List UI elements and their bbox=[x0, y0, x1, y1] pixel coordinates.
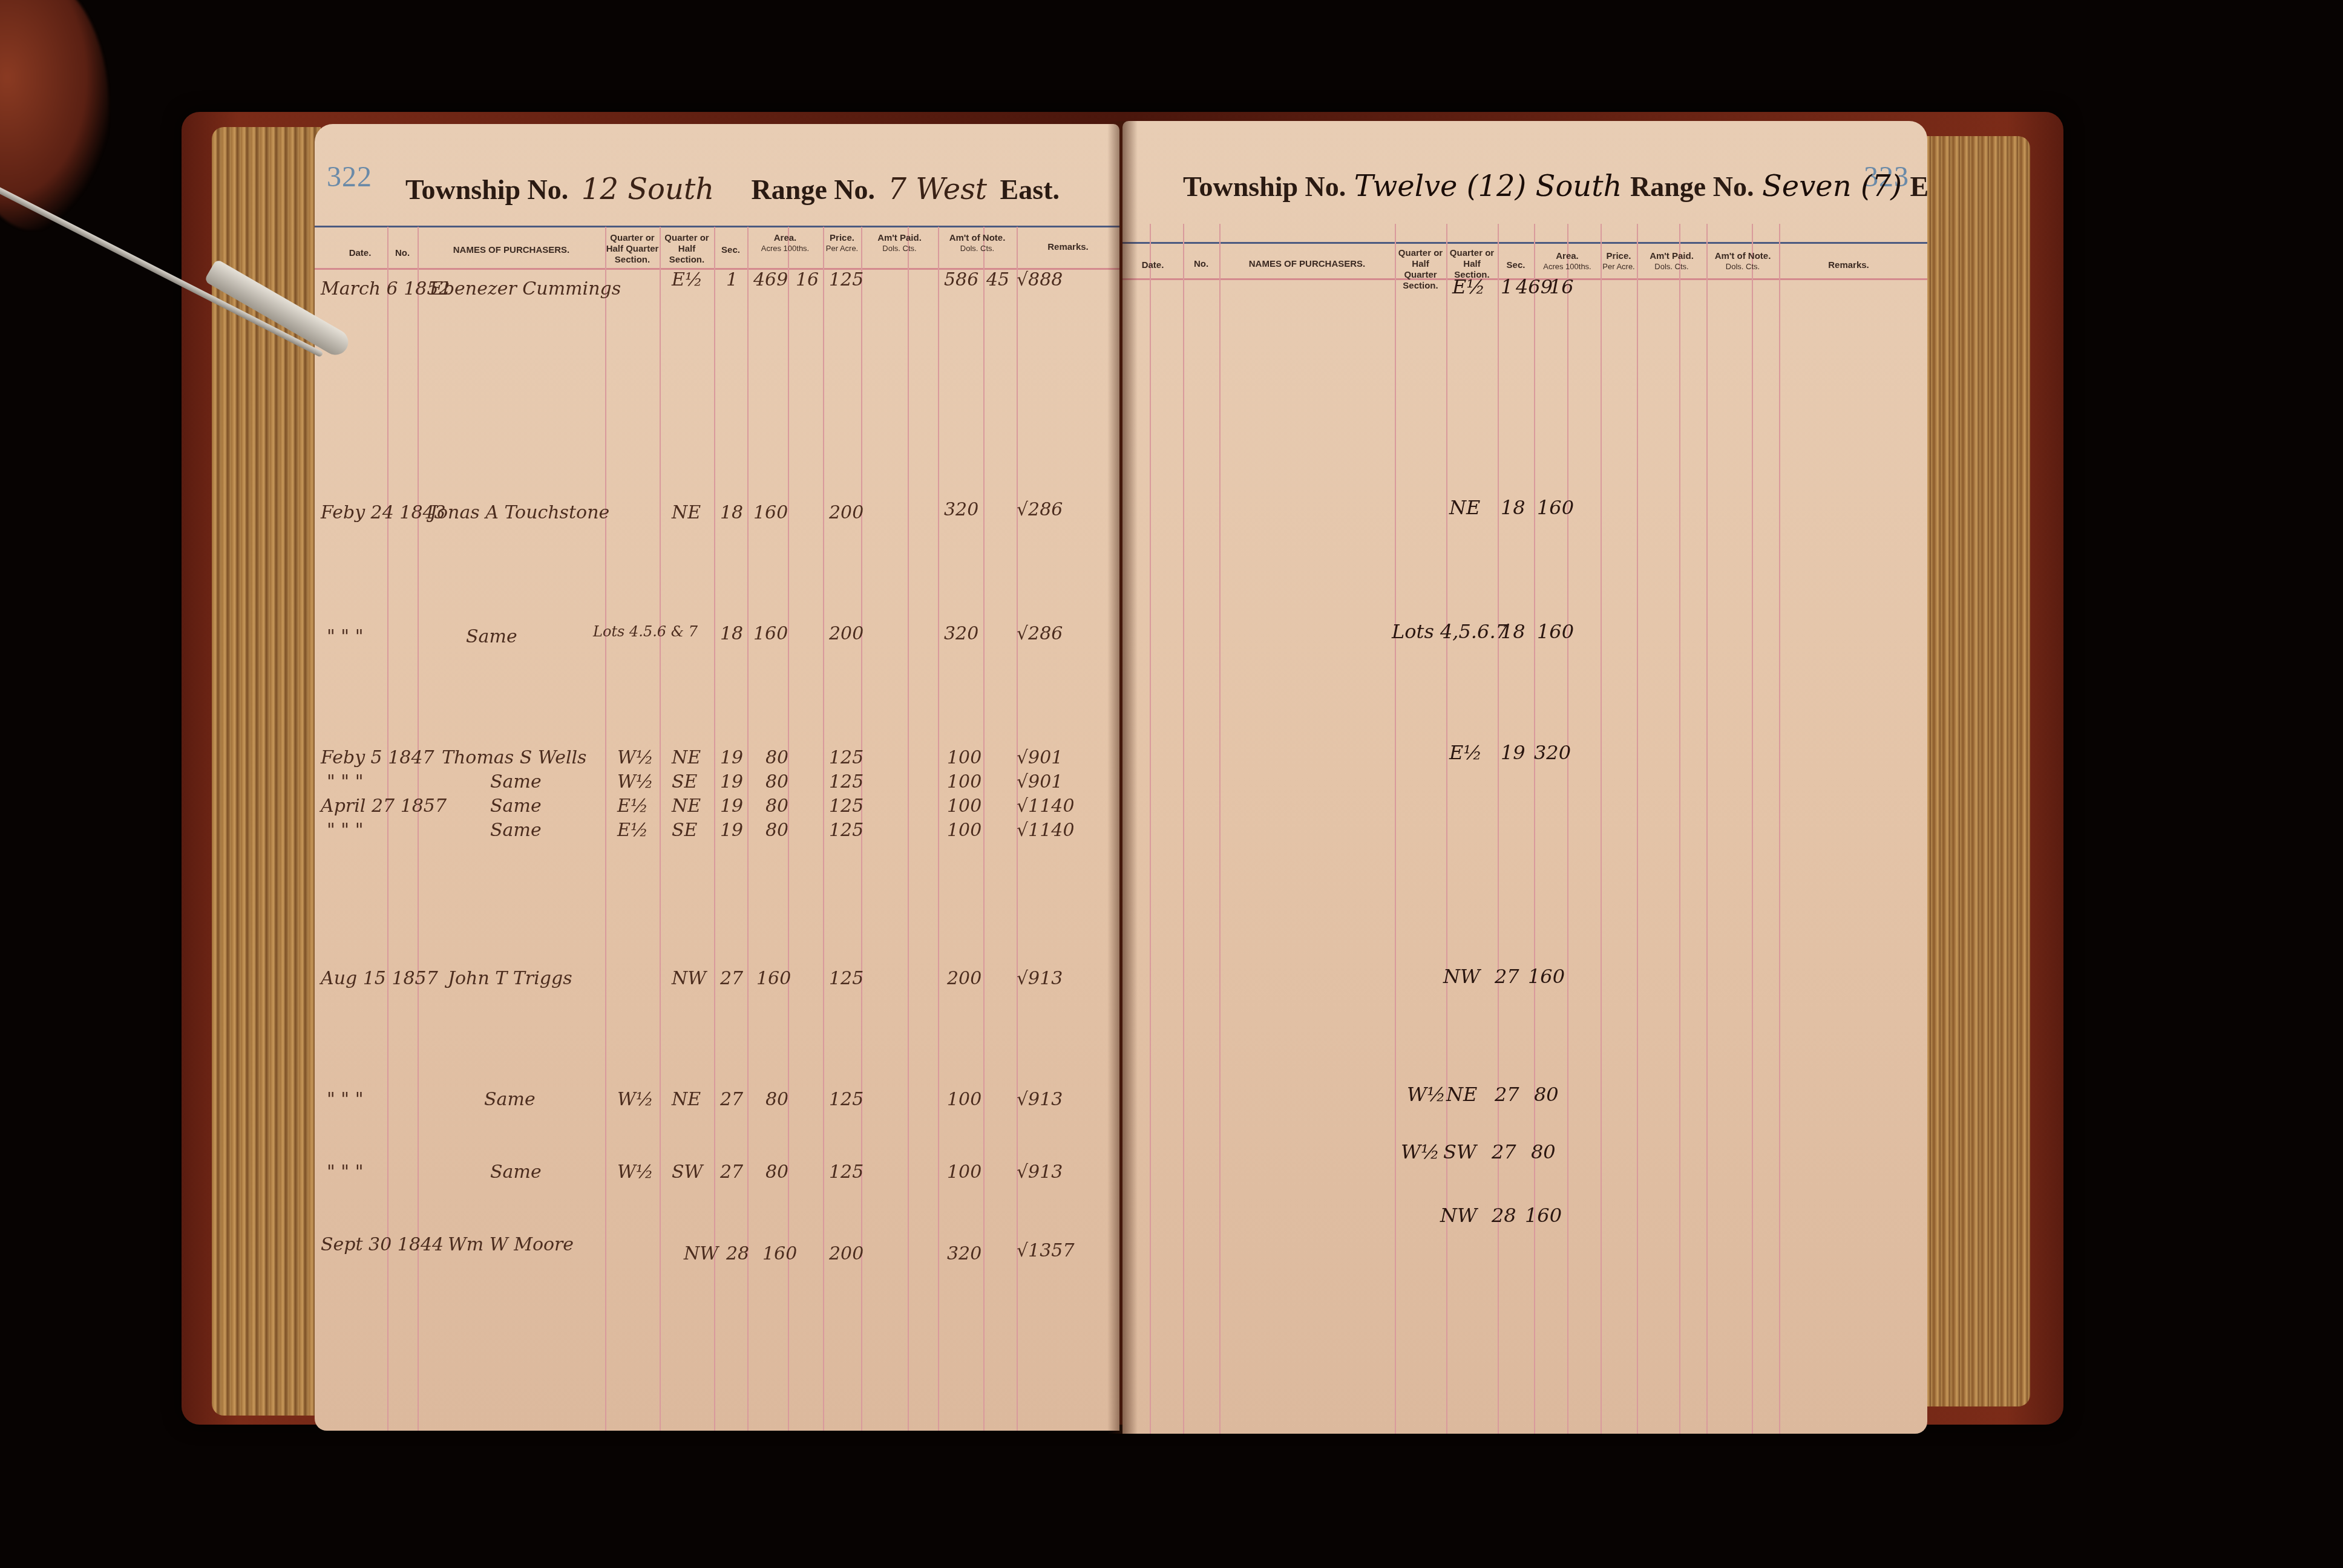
header-rule bbox=[315, 226, 1119, 227]
row-remarks: √913 bbox=[1017, 968, 1063, 989]
row-acres: 160 bbox=[753, 502, 788, 523]
price-label: Price. bbox=[1601, 251, 1637, 262]
row-qh: SW bbox=[672, 1161, 703, 1183]
header-rule bbox=[1122, 242, 1927, 244]
row-qh: E½ bbox=[1452, 275, 1485, 298]
col-header-qhq: Quarter or Half Quarter Section. bbox=[605, 233, 660, 266]
row-date: April 27 1857 bbox=[321, 795, 447, 817]
row-qhq: E½ bbox=[617, 795, 648, 817]
page-edges-right bbox=[1921, 136, 2030, 1406]
column-divider bbox=[1534, 224, 1535, 1434]
row-note-dols: 320 bbox=[947, 1243, 981, 1264]
col-header-qhq: Quarter or Half Quarter Section. bbox=[1395, 248, 1446, 292]
range-value: Seven (7) bbox=[1762, 169, 1902, 203]
row-acres: 160 bbox=[1537, 496, 1574, 519]
township-value: 12 South bbox=[582, 172, 714, 206]
row-sec: 28 bbox=[726, 1243, 749, 1264]
col-header-remarks: Remarks. bbox=[1017, 242, 1119, 253]
row-date: " " " bbox=[327, 1161, 363, 1183]
row-sec: 27 bbox=[720, 1089, 743, 1110]
col-header-sec: Sec. bbox=[1498, 260, 1534, 271]
row-remarks: √1140 bbox=[1017, 795, 1074, 817]
col-header-names: NAMES OF PURCHASERS. bbox=[1219, 259, 1395, 270]
row-price: 125 bbox=[829, 269, 863, 290]
column-divider bbox=[1183, 224, 1184, 1434]
column-divider bbox=[1601, 224, 1602, 1434]
row-qhq: W½ bbox=[617, 1089, 654, 1110]
row-note-cts: 45 bbox=[986, 269, 1009, 290]
row-date: " " " bbox=[327, 626, 363, 647]
row-acres: 160 bbox=[762, 1243, 797, 1264]
row-note-dols: 100 bbox=[947, 820, 981, 841]
row-remarks: √901 bbox=[1017, 771, 1063, 792]
row-price: 125 bbox=[829, 1089, 863, 1110]
row-qh: NW bbox=[1440, 1204, 1477, 1227]
col-header-sec: Sec. bbox=[714, 245, 747, 256]
column-divider bbox=[908, 227, 909, 1431]
row-date: Feby 24 1843 bbox=[321, 502, 446, 523]
row-sec: 19 bbox=[720, 747, 743, 768]
column-divider bbox=[1679, 224, 1680, 1434]
column-divider bbox=[983, 227, 985, 1431]
row-acres: 80 bbox=[765, 795, 788, 817]
row-qh: NE bbox=[1446, 1083, 1477, 1106]
row-acres: 160 bbox=[1537, 620, 1574, 643]
area-sub: Acres 100ths. bbox=[747, 244, 823, 253]
paid-label: Am't Paid. bbox=[861, 233, 938, 244]
row-qh: NE bbox=[672, 795, 701, 817]
row-remarks: √901 bbox=[1017, 747, 1063, 768]
page-number: 322 bbox=[327, 160, 372, 194]
column-divider bbox=[1706, 224, 1708, 1434]
row-sec: 27 bbox=[1495, 965, 1519, 988]
row-note-dols: 100 bbox=[947, 1161, 981, 1183]
row-qh: E½ bbox=[672, 269, 703, 290]
row-hundredths: 16 bbox=[1549, 275, 1574, 298]
row-qh: NW bbox=[672, 968, 706, 989]
row-price: 125 bbox=[829, 1161, 863, 1183]
row-acres: 80 bbox=[765, 1161, 788, 1183]
row-qh: SW bbox=[1443, 1140, 1476, 1163]
col-header-area: Area. Acres 100ths. bbox=[747, 233, 823, 253]
paid-sub: Dols. Cts. bbox=[861, 244, 938, 253]
page-header: Township No. 12 South Range No. 7 West E… bbox=[405, 172, 1060, 206]
row-sec: 28 bbox=[1492, 1204, 1516, 1227]
price-label: Price. bbox=[823, 233, 861, 244]
paid-sub: Dols. Cts. bbox=[1637, 262, 1706, 272]
row-name: Same bbox=[490, 820, 542, 841]
row-name: Same bbox=[490, 771, 542, 792]
row-qh: NE bbox=[672, 502, 701, 523]
row-acres: 320 bbox=[1534, 741, 1571, 764]
township-label: Township No. bbox=[1183, 171, 1346, 202]
row-qhq: Lots 4.5.6 & 7 bbox=[593, 623, 698, 640]
row-acres: 80 bbox=[1531, 1140, 1556, 1163]
note-sub: Dols. Cts. bbox=[938, 244, 1017, 253]
row-acres: 80 bbox=[765, 771, 788, 792]
price-sub: Per Acre. bbox=[823, 244, 861, 253]
row-price: 125 bbox=[829, 968, 863, 989]
range-label: Range No. bbox=[1630, 171, 1754, 202]
row-price: 125 bbox=[829, 771, 863, 792]
row-price: 200 bbox=[829, 623, 863, 644]
row-price: 125 bbox=[829, 820, 863, 841]
col-header-paid: Am't Paid. Dols. Cts. bbox=[1637, 251, 1706, 272]
row-date: " " " bbox=[327, 820, 363, 841]
row-note-dols: 100 bbox=[947, 1089, 981, 1110]
row-date: Feby 5 1847 bbox=[321, 747, 434, 768]
col-header-paid: Am't Paid. Dols. Cts. bbox=[861, 233, 938, 253]
row-sec: 1 bbox=[1501, 275, 1513, 298]
col-header-no: No. bbox=[1183, 259, 1219, 270]
row-acres: 160 bbox=[1528, 965, 1565, 988]
row-acres: 160 bbox=[753, 623, 788, 644]
row-remarks: √286 bbox=[1017, 623, 1063, 644]
col-header-area: Area. Acres 100ths. bbox=[1534, 251, 1601, 272]
column-divider bbox=[1446, 224, 1447, 1434]
column-divider bbox=[1637, 224, 1638, 1434]
row-name: Wm W Moore bbox=[448, 1234, 574, 1255]
note-label: Am't of Note. bbox=[1706, 251, 1779, 262]
column-divider bbox=[938, 227, 939, 1431]
row-name: Thomas S Wells bbox=[442, 747, 586, 768]
row-qhq: W½ bbox=[617, 747, 654, 768]
col-header-qh: Quarter or Half Section. bbox=[660, 233, 714, 266]
col-header-no: No. bbox=[387, 248, 418, 259]
row-qh: NE bbox=[672, 1089, 701, 1110]
row-qh: SE bbox=[672, 820, 697, 841]
row-remarks: √913 bbox=[1017, 1089, 1063, 1110]
row-price: 125 bbox=[829, 747, 863, 768]
row-sec: 19 bbox=[720, 795, 743, 817]
row-acres: 160 bbox=[1525, 1204, 1562, 1227]
price-sub: Per Acre. bbox=[1601, 262, 1637, 272]
row-remarks: √286 bbox=[1017, 499, 1063, 520]
row-acres: 160 bbox=[756, 968, 791, 989]
row-sec: 19 bbox=[720, 820, 743, 841]
range-label: Range No. bbox=[752, 174, 875, 205]
right-page: 323 Township No. Twelve (12) South Range… bbox=[1122, 121, 1927, 1434]
row-qhq: W½ bbox=[1401, 1140, 1440, 1163]
column-divider bbox=[1498, 224, 1499, 1434]
row-qhq: W½ bbox=[617, 771, 654, 792]
row-acres: 80 bbox=[1534, 1083, 1559, 1106]
row-sec: 18 bbox=[1501, 620, 1525, 643]
row-hundredths: 16 bbox=[796, 269, 819, 290]
area-label: Area. bbox=[747, 233, 823, 244]
row-name: John T Triggs bbox=[448, 968, 572, 989]
col-header-note: Am't of Note. Dols. Cts. bbox=[938, 233, 1017, 253]
row-qhq: W½ bbox=[617, 1161, 654, 1183]
row-acres: 469 bbox=[1516, 275, 1553, 298]
row-note-dols: 320 bbox=[944, 623, 978, 644]
area-sub: Acres 100ths. bbox=[1534, 262, 1601, 272]
row-note-dols: 100 bbox=[947, 771, 981, 792]
col-header-price: Price. Per Acre. bbox=[823, 233, 861, 253]
row-price: 200 bbox=[829, 1243, 863, 1264]
row-sec: 27 bbox=[1495, 1083, 1519, 1106]
row-qhq: E½ bbox=[617, 820, 648, 841]
row-remarks: √1357 bbox=[1017, 1240, 1074, 1261]
range-suffix: East. bbox=[1000, 174, 1060, 205]
row-name: Same bbox=[490, 795, 542, 817]
row-qh: NE bbox=[672, 747, 701, 768]
row-sec: 27 bbox=[1492, 1140, 1516, 1163]
row-date: " " " bbox=[327, 771, 363, 792]
row-sec: 18 bbox=[1501, 496, 1525, 519]
row-sec: 19 bbox=[720, 771, 743, 792]
row-qh: NE bbox=[1449, 496, 1480, 519]
row-qh: SE bbox=[672, 771, 697, 792]
note-sub: Dols. Cts. bbox=[1706, 262, 1779, 272]
row-sec: 27 bbox=[720, 968, 743, 989]
col-header-names: NAMES OF PURCHASERS. bbox=[418, 245, 605, 256]
row-name: Same bbox=[490, 1161, 542, 1183]
row-remarks: √913 bbox=[1017, 1161, 1063, 1183]
row-note-dols: 100 bbox=[947, 747, 981, 768]
row-name: Ebenezer Cummings bbox=[430, 278, 621, 299]
column-divider bbox=[823, 227, 824, 1431]
column-divider bbox=[1779, 224, 1780, 1434]
row-sec: 18 bbox=[720, 623, 743, 644]
row-name: Jonas A Touchstone bbox=[430, 502, 609, 523]
paid-label: Am't Paid. bbox=[1637, 251, 1706, 262]
column-divider bbox=[1395, 224, 1396, 1434]
row-sec: 27 bbox=[720, 1161, 743, 1183]
row-sec: 18 bbox=[720, 502, 743, 523]
col-header-date: Date. bbox=[333, 248, 387, 259]
area-label: Area. bbox=[1534, 251, 1601, 262]
township-label: Township No. bbox=[405, 174, 568, 205]
row-qh: E½ bbox=[1449, 741, 1482, 764]
column-divider bbox=[1752, 224, 1753, 1434]
range-suffix: East. bbox=[1910, 171, 1927, 202]
column-divider bbox=[605, 227, 606, 1431]
row-acres: 80 bbox=[765, 820, 788, 841]
range-value: 7 West bbox=[888, 172, 988, 206]
row-sec: 19 bbox=[1501, 741, 1525, 764]
column-divider bbox=[1150, 224, 1151, 1434]
row-acres: 469 bbox=[753, 269, 788, 290]
row-name: Same bbox=[484, 1089, 536, 1110]
row-note-dols: 586 bbox=[944, 269, 978, 290]
row-qh: NW bbox=[684, 1243, 718, 1264]
row-name: Same bbox=[466, 626, 517, 647]
row-price: 200 bbox=[829, 502, 863, 523]
col-header-remarks: Remarks. bbox=[1779, 260, 1918, 271]
row-date: " " " bbox=[327, 1089, 363, 1110]
row-qh: NW bbox=[1443, 965, 1480, 988]
left-page: 322 Township No. 12 South Range No. 7 We… bbox=[315, 124, 1119, 1431]
township-value: Twelve (12) South bbox=[1354, 169, 1622, 203]
row-date: Aug 15 1857 bbox=[321, 968, 438, 989]
column-divider bbox=[1567, 224, 1568, 1434]
row-date: Sept 30 1844 bbox=[321, 1234, 444, 1255]
row-sec: 1 bbox=[726, 269, 738, 290]
row-qhq: W½ bbox=[1407, 1083, 1446, 1106]
page-header: Township No. Twelve (12) South Range No.… bbox=[1183, 169, 1927, 203]
row-acres: 80 bbox=[765, 1089, 788, 1110]
column-divider bbox=[660, 227, 661, 1431]
row-remarks: √888 bbox=[1017, 269, 1063, 290]
book-gutter bbox=[1107, 121, 1138, 1434]
column-divider bbox=[1219, 224, 1221, 1434]
row-qhq: Lots 4,5.6.7 bbox=[1392, 620, 1508, 643]
row-price: 125 bbox=[829, 795, 863, 817]
note-label: Am't of Note. bbox=[938, 233, 1017, 244]
row-note-dols: 200 bbox=[947, 968, 981, 989]
col-header-note: Am't of Note. Dols. Cts. bbox=[1706, 251, 1779, 272]
row-note-dols: 100 bbox=[947, 795, 981, 817]
row-note-dols: 320 bbox=[944, 499, 978, 520]
row-acres: 80 bbox=[765, 747, 788, 768]
col-header-price: Price. Per Acre. bbox=[1601, 251, 1637, 272]
row-remarks: √1140 bbox=[1017, 820, 1074, 841]
